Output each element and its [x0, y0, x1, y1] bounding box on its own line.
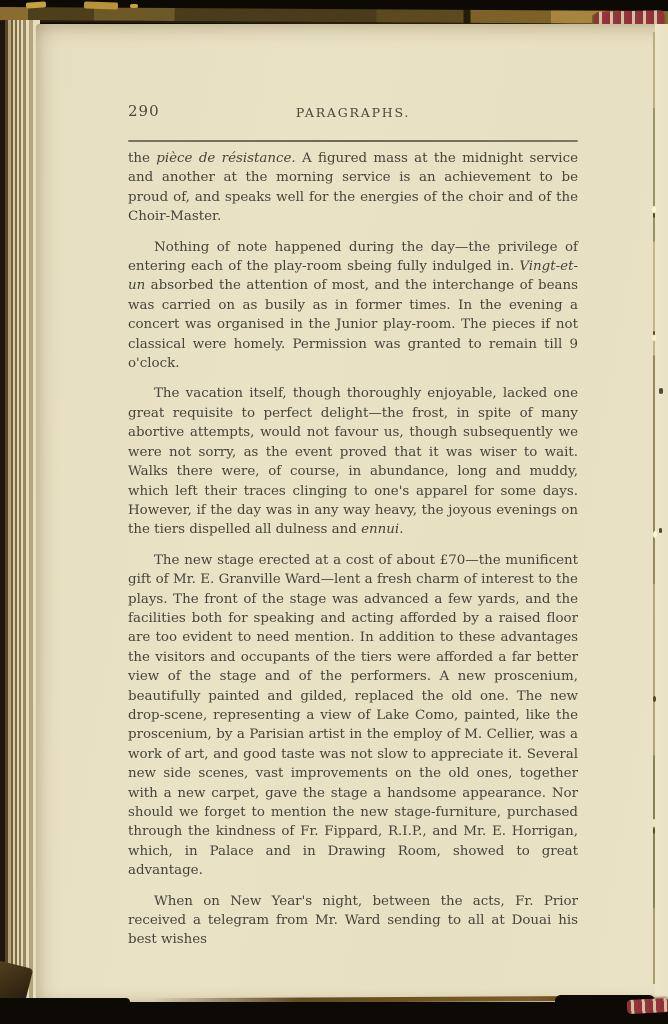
paragraph-text: When on New Year's night, between the ac… — [128, 894, 578, 948]
paragraph-text: The new stage erected at a cost of about… — [128, 553, 578, 879]
book-page: 290 PARAGRAPHS. the pièce de résistance.… — [36, 24, 668, 1002]
paragraph-4: The new stage erected at a cost of about… — [128, 551, 578, 881]
running-title: PARAGRAPHS. — [128, 105, 578, 120]
paragraph-text: The vacation itself, though thoroughly e… — [128, 386, 578, 537]
scanned-book-page: 290 PARAGRAPHS. the pièce de résistance.… — [0, 0, 668, 1024]
paragraph-text-italic: pièce de résistance. — [156, 151, 295, 166]
paragraph-2: Nothing of note happened during the day—… — [128, 238, 578, 374]
paragraph-1: the pièce de résistance. A figured mass … — [128, 149, 578, 227]
paragraph-text: absorbed the attention of most, and the … — [128, 278, 578, 371]
edge-speck — [659, 388, 663, 394]
paragraph-text: . — [399, 522, 403, 537]
paragraph-text-italic: ennui — [361, 522, 399, 537]
page-stack-left-edge — [0, 20, 40, 1006]
edge-speck — [659, 528, 662, 533]
text-block: the pièce de résistance. A figured mass … — [128, 149, 578, 961]
adjacent-page-edge — [655, 24, 668, 1002]
header-rule — [128, 140, 578, 142]
edge-speck — [652, 819, 656, 827]
paragraph-text: Nothing of note happened during the day—… — [128, 240, 578, 274]
gold-fleck — [130, 4, 138, 8]
background-bottom — [0, 1002, 668, 1024]
edge-speck — [653, 696, 656, 702]
page-crease — [653, 32, 655, 984]
paragraph-3: The vacation itself, though thoroughly e… — [128, 384, 578, 539]
paragraph-text: the — [128, 151, 156, 166]
edge-speck — [652, 335, 656, 341]
paragraph-5: When on New Year's night, between the ac… — [128, 892, 578, 950]
edge-speck — [653, 531, 657, 538]
headband-bottom — [627, 998, 668, 1014]
page-header: 290 PARAGRAPHS. — [128, 102, 578, 124]
gold-fleck — [84, 1, 118, 9]
edge-speck — [652, 206, 656, 213]
